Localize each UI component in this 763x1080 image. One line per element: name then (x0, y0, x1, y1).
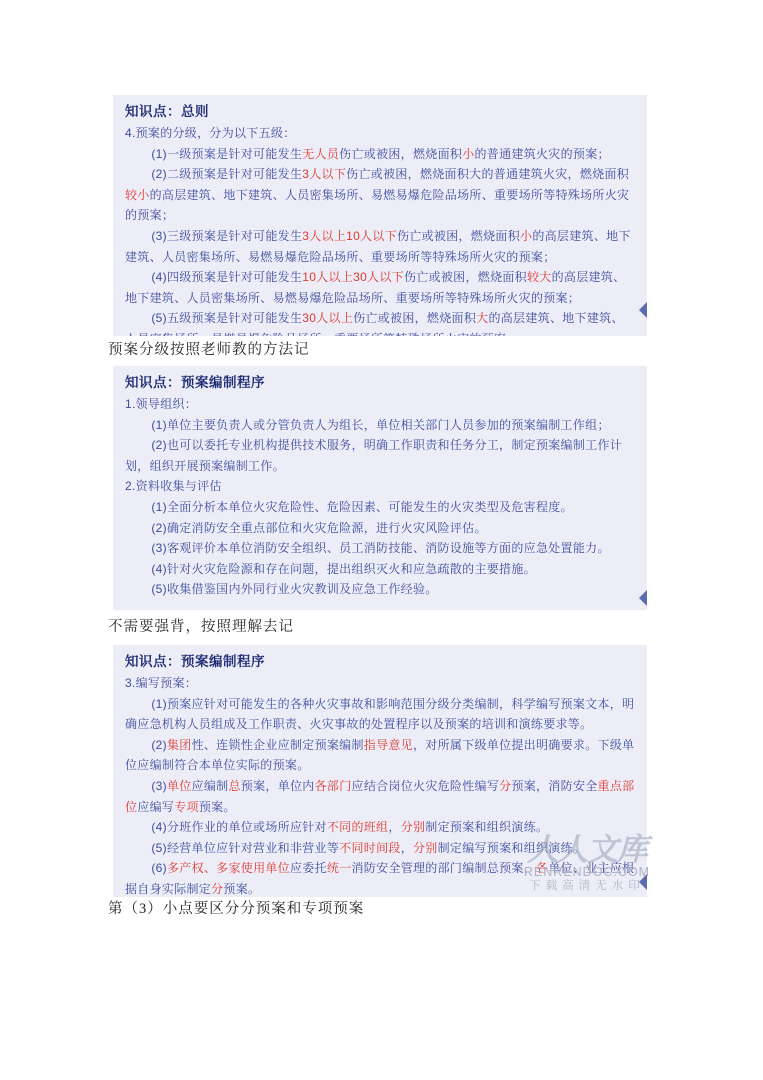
highlighted-text-run: 不同时间段 (339, 841, 401, 855)
paragraph: (1)单位主要负责人或分管负责人为组长，单位相关部门人员参加的预案编制工作组； (125, 415, 636, 436)
highlighted-text-run: 各部门 (315, 779, 352, 793)
knowledge-box-general-rules: 知识点：总则 4.预案的分级，分为以下五级：(1)一级预案是针对可能发生无人员伤… (113, 95, 647, 336)
paragraph: (2)确定消防安全重点部位和火灾危险源，进行火灾风险评估。 (125, 518, 636, 539)
text-run: 4.预案的分级，分为以下五级： (125, 126, 296, 140)
teacher-note-1: 预案分级按照老师教的方法记 (108, 338, 310, 359)
highlighted-text-run: 统一 (327, 861, 352, 875)
text-run: 预案。 (199, 800, 236, 814)
highlighted-text-run: 分别 (413, 841, 438, 855)
knowledge-point-title: 知识点：预案编制程序 (125, 651, 636, 673)
highlighted-text-run: 无人员 (302, 147, 339, 161)
teacher-note-2: 不需要强背，按照理解去记 (108, 615, 294, 636)
paragraph: (4)分班作业的单位或场所应针对不同的班组，分别制定预案和组织演练。 (125, 817, 636, 838)
highlighted-text-run: 单位 (167, 779, 192, 793)
highlighted-text-run: 指导意见 (364, 738, 413, 752)
text-run: 1.领导组织： (125, 397, 197, 411)
highlighted-text-run: 大 (476, 311, 488, 325)
knowledge-point-body: 4.预案的分级，分为以下五级：(1)一级预案是针对可能发生无人员伤亡或被困，燃烧… (125, 123, 636, 336)
text-run: (4)四级预案是针对可能发生 (151, 270, 302, 284)
paragraph: 3.编写预案： (125, 673, 636, 694)
paragraph: (1)预案应针对可能发生的各种火灾事故和影响范围分级分类编制，科学编写预案文本，… (125, 694, 636, 735)
paragraph: (3)客观评价本单位消防安全组织、员工消防技能、消防设施等方面的应急处置能力。 (125, 538, 636, 559)
knowledge-point-title: 知识点：总则 (125, 101, 636, 123)
text-run: (3) (151, 779, 167, 793)
text-run: (3)客观评价本单位消防安全组织、员工消防技能、消防设施等方面的应急处置能力。 (151, 541, 609, 555)
text-run: 消防安全管理的部门编制总预案， (352, 861, 537, 875)
highlighted-text-run: 多产权、多家使用单位 (167, 861, 290, 875)
highlighted-text-run: 30人以上 (302, 311, 353, 325)
text-run: (1)一级预案是针对可能发生 (151, 147, 302, 161)
paragraph: (1)全面分析本单位火灾危险性、危险因素、可能发生的火灾类型及危害程度。 (125, 497, 636, 518)
text-run: 伤亡或被困，燃烧面积 (339, 147, 462, 161)
highlighted-text-run: 专项 (174, 800, 199, 814)
highlighted-text-run: 小 (520, 229, 532, 243)
text-run: (6) (151, 861, 167, 875)
highlighted-text-run: 分 (211, 882, 223, 896)
paragraph: (5)收集借鉴国内外同行业火灾教训及应急工作经验。 (125, 579, 636, 600)
selection-handle-icon[interactable] (639, 590, 647, 606)
highlighted-text-run: 总 (228, 779, 240, 793)
paragraph: (5)五级预案是针对可能发生30人以上伤亡或被困，燃烧面积大的高层建筑、地下建筑… (125, 308, 636, 336)
text-run: 应编制 (192, 779, 229, 793)
text-run: (5)五级预案是针对可能发生 (151, 311, 302, 325)
knowledge-box-compilation-procedure-1: 知识点：预案编制程序 1.领导组织：(1)单位主要负责人或分管负责人为组长，单位… (113, 366, 647, 610)
text-run: (1)全面分析本单位火灾危险性、危险因素、可能发生的火灾类型及危害程度。 (151, 500, 572, 514)
paragraph: (3)三级预案是针对可能发生3人以上10人以下伤亡或被困，燃烧面积小的高层建筑、… (125, 226, 636, 267)
highlighted-text-run: 小 (462, 147, 474, 161)
text-run: ， (401, 841, 413, 855)
paragraph: (4)四级预案是针对可能发生10人以上30人以下伤亡或被困，燃烧面积较大的高层建… (125, 267, 636, 308)
paragraph: (2)集团性、连锁性企业应制定预案编制指导意见，对所属下级单位提出明确要求。下级… (125, 735, 636, 776)
paragraph: (5)经营单位应针对营业和非营业等不同时间段，分别制定编写预案和组织演练。 (125, 838, 636, 859)
paragraph: 4.预案的分级，分为以下五级： (125, 123, 636, 144)
text-run: 的普通建筑火灾的预案； (475, 147, 610, 161)
knowledge-point-title: 知识点：预案编制程序 (125, 372, 636, 394)
text-run: 应编写 (137, 800, 174, 814)
highlighted-text-run: 不同的班组 (327, 820, 389, 834)
text-run: 2.资料收集与评估 (125, 479, 222, 493)
text-run: (5)经营单位应针对营业和非营业等 (151, 841, 339, 855)
highlighted-text-run: 分别 (401, 820, 426, 834)
text-run: (2) (151, 738, 167, 752)
paragraph: (6)多产权、多家使用单位应委托统一消防安全管理的部门编制总预案，各单位、业主应… (125, 858, 636, 897)
selection-handle-icon[interactable] (639, 302, 647, 318)
paragraph: 1.领导组织： (125, 394, 636, 415)
text-run: ， (388, 820, 400, 834)
paragraph: 2.资料收集与评估 (125, 476, 636, 497)
knowledge-box-compilation-procedure-2: 知识点：预案编制程序 3.编写预案：(1)预案应针对可能发生的各种火灾事故和影响… (113, 645, 647, 897)
text-run: 应委托 (290, 861, 327, 875)
text-run: (4)针对火灾危险源和存在问题，提出组织灭火和应急疏散的主要措施。 (151, 562, 536, 576)
highlighted-text-run: 3人以下 (302, 167, 346, 181)
paragraph: (4)针对火灾危险源和存在问题，提出组织灭火和应急疏散的主要措施。 (125, 559, 636, 580)
teacher-note-3: 第（3）小点要区分分预案和专项预案 (108, 897, 364, 918)
text-run: 预案。 (223, 882, 260, 896)
document-page: 知识点：总则 4.预案的分级，分为以下五级：(1)一级预案是针对可能发生无人员伤… (0, 0, 763, 1080)
text-run: 伤亡或被困，燃烧面积 (397, 229, 520, 243)
text-run: (5)收集借鉴国内外同行业火灾教训及应急工作经验。 (151, 582, 437, 596)
text-run: (1)单位主要负责人或分管负责人为组长，单位相关部门人员参加的预案编制工作组； (151, 418, 609, 432)
text-run: (4)分班作业的单位或场所应针对 (151, 820, 326, 834)
text-run: (1)预案应针对可能发生的各种火灾事故和影响范围分级分类编制，科学编写预案文本，… (125, 697, 634, 732)
selection-handle-icon[interactable] (639, 874, 647, 890)
highlighted-text-run: 分 (499, 779, 511, 793)
text-run: 应结合岗位火灾危险性编写 (352, 779, 500, 793)
paragraph: (3)单位应编制总预案，单位内各部门应结合岗位火灾危险性编写分预案，消防安全重点… (125, 776, 636, 817)
highlighted-text-run: 3人以上10人以下 (302, 229, 397, 243)
text-run: 伤亡或被困，燃烧面积 (404, 270, 527, 284)
text-run: (2)也可以委托专业机构提供技术服务，明确工作职责和任务分工，制定预案编制工作计… (125, 438, 622, 473)
text-run: 性、连锁性企业应制定预案编制 (192, 738, 364, 752)
text-run: 伤亡或被困，燃烧面积 (353, 311, 476, 325)
text-run: (3)三级预案是针对可能发生 (151, 229, 302, 243)
paragraph: (2)二级预案是针对可能发生3人以下伤亡或被困，燃烧面积大的普通建筑火灾，燃烧面… (125, 164, 636, 226)
text-run: 的高层建筑、地下建筑、人员密集场所、易燃易爆危险品场所、重要场所等特殊场所火灾的… (125, 188, 629, 223)
highlighted-text-run: 较大 (527, 270, 552, 284)
text-run: 伤亡或被困，燃烧面积大的普通建筑火灾，燃烧面积 (346, 167, 629, 181)
text-run: 制定预案和组织演练。 (425, 820, 548, 834)
text-run: 预案，消防安全 (511, 779, 597, 793)
paragraph: (2)也可以委托专业机构提供技术服务，明确工作职责和任务分工，制定预案编制工作计… (125, 435, 636, 476)
highlighted-text-run: 集团 (167, 738, 192, 752)
text-run: 制定编写预案和组织演练。 (438, 841, 586, 855)
text-run: (2)确定消防安全重点部位和火灾危险源，进行火灾风险评估。 (151, 521, 486, 535)
highlighted-text-run: 较小 (125, 188, 150, 202)
knowledge-point-body: 3.编写预案：(1)预案应针对可能发生的各种火灾事故和影响范围分级分类编制，科学… (125, 673, 636, 897)
paragraph: (1)一级预案是针对可能发生无人员伤亡或被困，燃烧面积小的普通建筑火灾的预案； (125, 144, 636, 165)
knowledge-point-body: 1.领导组织：(1)单位主要负责人或分管负责人为组长，单位相关部门人员参加的预案… (125, 394, 636, 600)
text-run: 预案，单位内 (241, 779, 315, 793)
highlighted-text-run: 10人以上30人以下 (302, 270, 404, 284)
text-run: 3.编写预案： (125, 676, 197, 690)
text-run: (2)二级预案是针对可能发生 (151, 167, 302, 181)
highlighted-text-run: 各 (536, 861, 548, 875)
